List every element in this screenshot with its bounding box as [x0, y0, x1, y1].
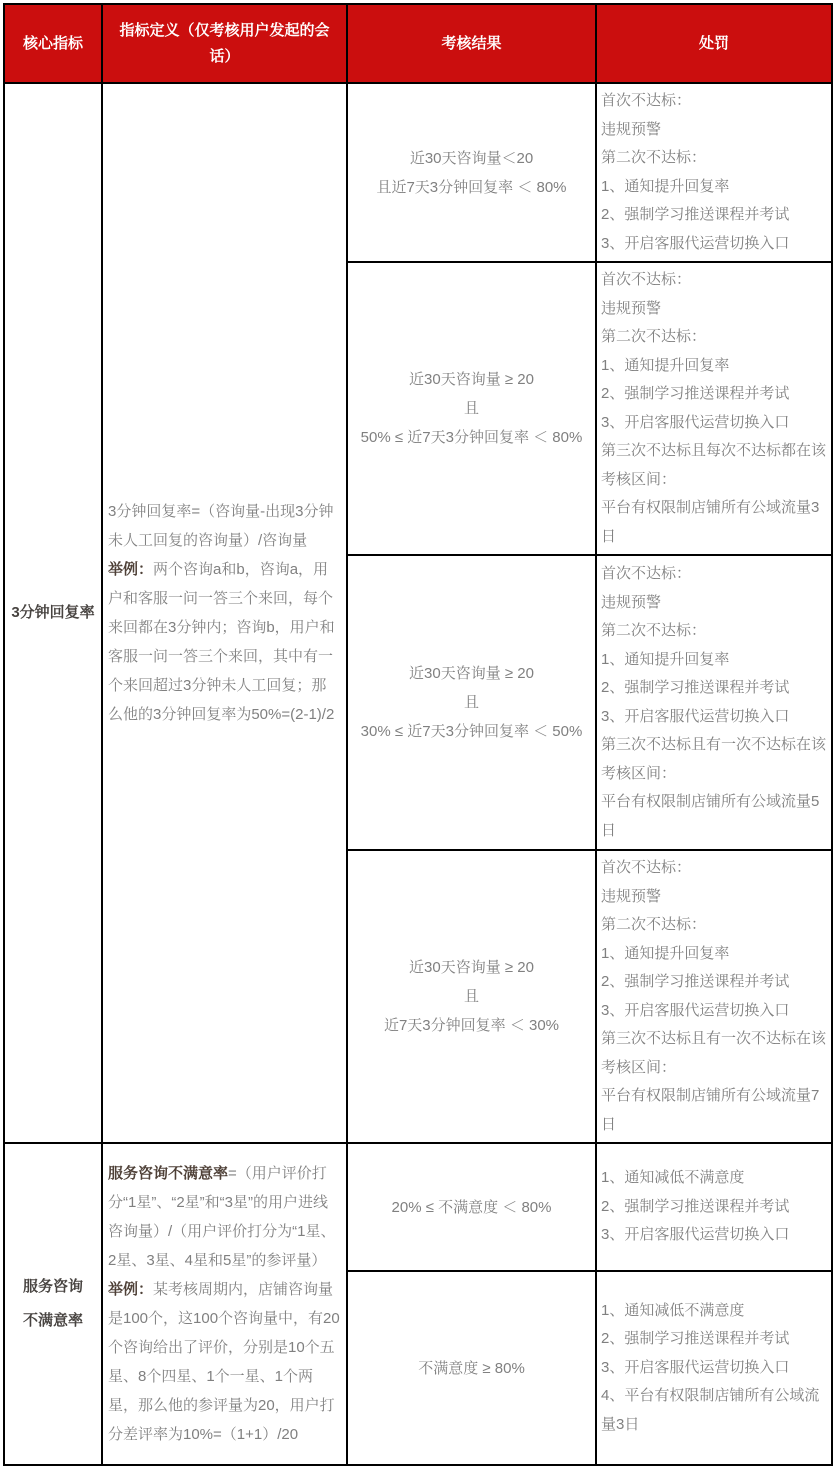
definition-lead-bold: 服务咨询不满意率	[108, 1165, 228, 1182]
definition-formula-text: 3分钟回复率=（咨询量-出现3分钟未人工回复的咨询量）/咨询量	[108, 503, 333, 549]
page: 核心指标 指标定义（仅考核用户发起的会话） 考核结果 处罚 3分钟回复率 3分钟…	[0, 0, 835, 1458]
assessment-rules-table: 核心指标 指标定义（仅考核用户发起的会话） 考核结果 处罚 3分钟回复率 3分钟…	[3, 3, 833, 1466]
table-row: 服务咨询 不满意率 服务咨询不满意率=（用户评价打分“1星”、“2星”和“3星”…	[4, 1143, 832, 1271]
header-row: 核心指标 指标定义（仅考核用户发起的会话） 考核结果 处罚	[4, 4, 832, 83]
punishment-cell: 首次不达标： 违规预警 第二次不达标： 1、通知提升回复率 2、强制学习推送课程…	[596, 262, 832, 555]
definition-example-paragraph: 举例：两个咨询a和b，咨询a，用户和客服一问一答三个来回，每个来回都在3分钟内；…	[108, 555, 341, 729]
result-cell: 近30天咨询量 ≥ 20 且 30% ≤ 近7天3分钟回复率 ＜ 50%	[347, 555, 596, 850]
definition-formula-paragraph: 服务咨询不满意率=（用户评价打分“1星”、“2星”和“3星”的用户进线咨询量）/…	[108, 1159, 341, 1275]
punishment-cell: 首次不达标： 违规预警 第二次不达标： 1、通知提升回复率 2、强制学习推送课程…	[596, 850, 832, 1143]
result-cell: 近30天咨询量 ≥ 20 且 近7天3分钟回复率 ＜ 30%	[347, 850, 596, 1143]
punishment-cell: 1、通知减低不满意度 2、强制学习推送课程并考试 3、开启客服代运营切换入口	[596, 1143, 832, 1271]
header-indicator-definition: 指标定义（仅考核用户发起的会话）	[102, 4, 347, 83]
definition-example-text: 两个咨询a和b，咨询a，用户和客服一问一答三个来回，每个来回都在3分钟内；咨询b…	[108, 561, 335, 723]
definition-formula-paragraph: 3分钟回复率=（咨询量-出现3分钟未人工回复的咨询量）/咨询量	[108, 497, 341, 555]
result-cell: 20% ≤ 不满意度 ＜ 80%	[347, 1143, 596, 1271]
header-core-indicator: 核心指标	[4, 4, 102, 83]
definition-example-label: 举例：	[108, 561, 153, 578]
result-cell: 近30天咨询量 ≥ 20 且 50% ≤ 近7天3分钟回复率 ＜ 80%	[347, 262, 596, 555]
result-cell: 近30天咨询量＜20 且近7天3分钟回复率 ＜ 80%	[347, 83, 596, 262]
table-row: 3分钟回复率 3分钟回复率=（咨询量-出现3分钟未人工回复的咨询量）/咨询量 举…	[4, 83, 832, 262]
definition-service-dissatisfaction-rate: 服务咨询不满意率=（用户评价打分“1星”、“2星”和“3星”的用户进线咨询量）/…	[102, 1143, 347, 1465]
indicator-3min-reply-rate: 3分钟回复率	[4, 83, 102, 1143]
result-cell: 不满意度 ≥ 80%	[347, 1271, 596, 1465]
header-assessment-result: 考核结果	[347, 4, 596, 83]
definition-example-text: 某考核周期内，店铺咨询量是100个，这100个咨询量中，有20个咨询给出了评价，…	[108, 1281, 340, 1443]
definition-example-paragraph: 举例：某考核周期内，店铺咨询量是100个，这100个咨询量中，有20个咨询给出了…	[108, 1275, 341, 1449]
header-punishment: 处罚	[596, 4, 832, 83]
punishment-cell: 1、通知减低不满意度 2、强制学习推送课程并考试 3、开启客服代运营切换入口 4…	[596, 1271, 832, 1465]
definition-example-label: 举例：	[108, 1281, 153, 1298]
indicator-service-dissatisfaction-rate: 服务咨询 不满意率	[4, 1143, 102, 1465]
punishment-cell: 首次不达标： 违规预警 第二次不达标： 1、通知提升回复率 2、强制学习推送课程…	[596, 555, 832, 850]
punishment-cell: 首次不达标： 违规预警 第二次不达标： 1、通知提升回复率 2、强制学习推送课程…	[596, 83, 832, 262]
definition-3min-reply-rate: 3分钟回复率=（咨询量-出现3分钟未人工回复的咨询量）/咨询量 举例：两个咨询a…	[102, 83, 347, 1143]
